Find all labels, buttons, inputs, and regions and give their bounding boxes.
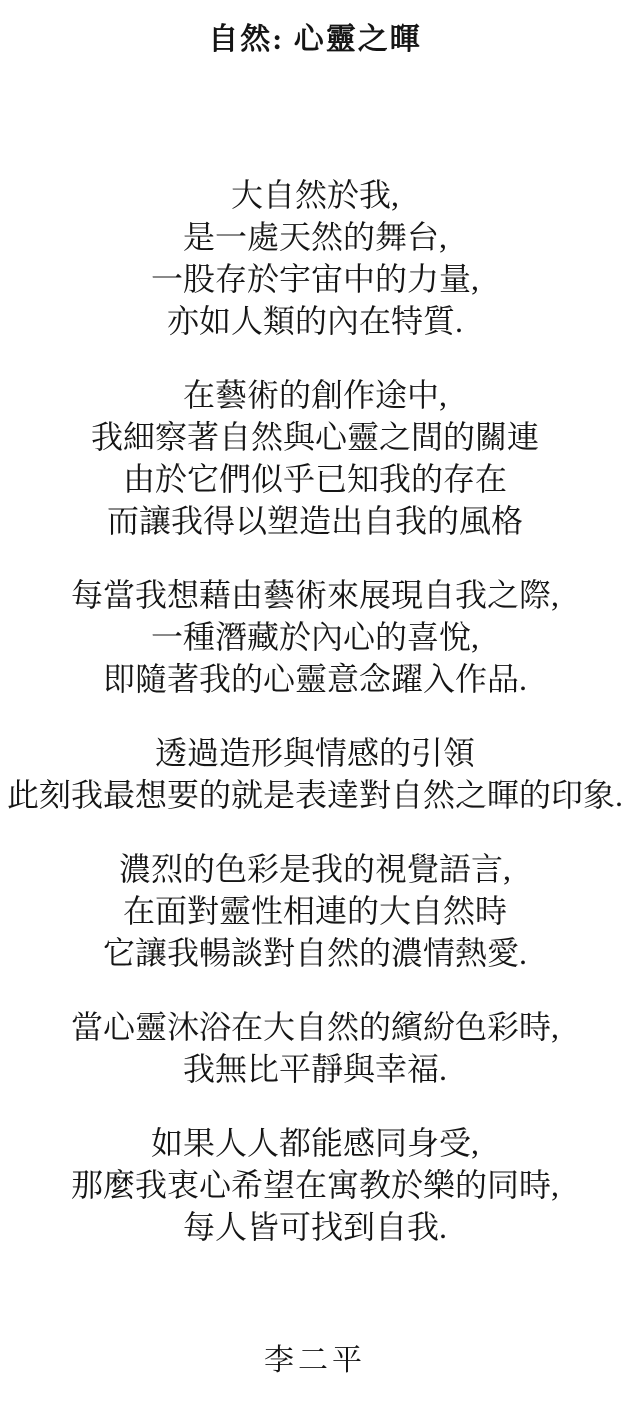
poem-line: 是一處天然的舞台, — [0, 216, 630, 258]
poem-line: 即隨著我的心靈意念躍入作品. — [0, 658, 630, 700]
stanza-4: 透過造形與情感的引領 此刻我最想要的就是表達對自然之暉的印象. — [0, 732, 630, 816]
poem-line: 此刻我最想要的就是表達對自然之暉的印象. — [0, 774, 630, 816]
stanza-5: 濃烈的色彩是我的視覺語言, 在面對靈性相連的大自然時 它讓我暢談對自然的濃情熱愛… — [0, 848, 630, 974]
stanza-3: 每當我想藉由藝術來展現自我之際, 一種潛藏於內心的喜悅, 即隨著我的心靈意念躍入… — [0, 574, 630, 700]
document-page: 自然: 心靈之暉 大自然於我, 是一處天然的舞台, 一股存於宇宙中的力量, 亦如… — [0, 0, 630, 1415]
stanza-1: 大自然於我, 是一處天然的舞台, 一股存於宇宙中的力量, 亦如人類的內在特質. — [0, 174, 630, 342]
stanza-2: 在藝術的創作途中, 我細察著自然與心靈之間的關連 由於它們似乎已知我的存在 而讓… — [0, 374, 630, 542]
author-signature: 李二平 — [0, 1342, 630, 1380]
poem-line: 每人皆可找到自我. — [0, 1206, 630, 1248]
poem-line: 它讓我暢談對自然的濃情熱愛. — [0, 932, 630, 974]
poem-line: 當心靈沐浴在大自然的繽紛色彩時, — [0, 1006, 630, 1048]
poem-line: 在藝術的創作途中, — [0, 374, 630, 416]
stanza-6: 當心靈沐浴在大自然的繽紛色彩時, 我無比平靜與幸福. — [0, 1006, 630, 1090]
poem-body: 大自然於我, 是一處天然的舞台, 一股存於宇宙中的力量, 亦如人類的內在特質. … — [0, 174, 630, 1248]
poem-line: 亦如人類的內在特質. — [0, 300, 630, 342]
poem-line: 如果人人都能感同身受, — [0, 1122, 630, 1164]
poem-line: 一股存於宇宙中的力量, — [0, 258, 630, 300]
poem-line: 每當我想藉由藝術來展現自我之際, — [0, 574, 630, 616]
poem-line: 大自然於我, — [0, 174, 630, 216]
page-title: 自然: 心靈之暉 — [0, 0, 630, 58]
poem-line: 透過造形與情感的引領 — [0, 732, 630, 774]
stanza-7: 如果人人都能感同身受, 那麼我衷心希望在寓教於樂的同時, 每人皆可找到自我. — [0, 1122, 630, 1248]
poem-line: 而讓我得以塑造出自我的風格 — [0, 500, 630, 542]
poem-line: 我細察著自然與心靈之間的關連 — [0, 416, 630, 458]
poem-line: 由於它們似乎已知我的存在 — [0, 458, 630, 500]
poem-line: 在面對靈性相連的大自然時 — [0, 890, 630, 932]
poem-line: 我無比平靜與幸福. — [0, 1048, 630, 1090]
poem-line: 一種潛藏於內心的喜悅, — [0, 616, 630, 658]
poem-line: 濃烈的色彩是我的視覺語言, — [0, 848, 630, 890]
poem-line: 那麼我衷心希望在寓教於樂的同時, — [0, 1164, 630, 1206]
